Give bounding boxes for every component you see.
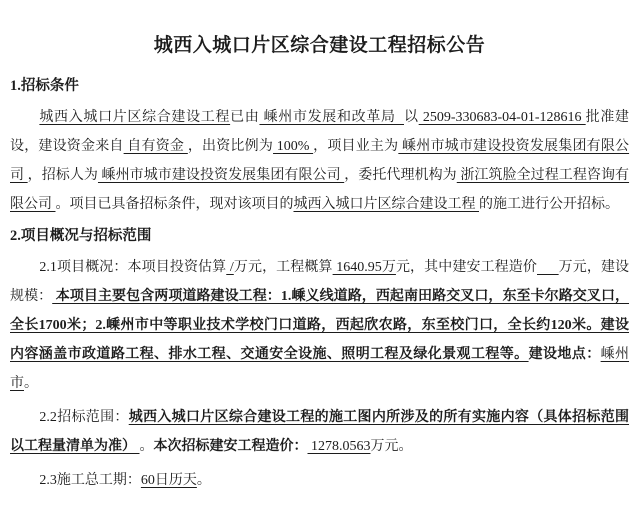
filled-blank-text: 嵊州市发展和改革局 — [259, 110, 404, 125]
text-segment: 2.1项目概况：本项目投资估算 — [39, 260, 226, 275]
text-segment: ，招标人为 — [28, 168, 98, 183]
page-title: 城西入城口片区综合建设工程招标公告 — [10, 30, 629, 57]
paragraph: 2.3施工总工期：60日历天。 — [10, 466, 629, 495]
paragraph: 2.2招标范围：城西入城口片区综合建设工程的施工图内所涉及的所有实施内容（具体招… — [10, 403, 629, 461]
paragraph: 城西入城口片区综合建设工程已由 嵊州市发展和改革局 以 2509-330683-… — [10, 103, 629, 219]
text-segment: 。项目已具备招标条件，现对该项目的 — [56, 197, 294, 212]
text-segment: ，项目业主为 — [313, 139, 398, 154]
filled-blank-text: 1640.95万 — [333, 260, 396, 275]
document-body: 1.招标条件城西入城口片区综合建设工程已由 嵊州市发展和改革局 以 2509-3… — [10, 75, 629, 495]
text-segment: 。 — [140, 439, 154, 454]
filled-blank-text: 城西入城口片区综合建设工程 — [294, 197, 480, 212]
text-segment: ，出资比例为 — [188, 139, 273, 154]
filled-blank-text: 城西入城口片区综合建设工程 — [39, 110, 230, 125]
filled-blank-text: 1278.0563 — [308, 439, 371, 454]
text-segment: 的施工进行公开招标。 — [479, 197, 619, 212]
text-segment: 2.2招标范围： — [39, 410, 128, 425]
text-segment: 。 — [197, 473, 211, 488]
filled-blank-text: 100% — [273, 139, 313, 154]
text-segment: 本次招标建安工程造价： — [154, 439, 308, 454]
filled-blank-text: 2509-330683-04-01-128616 — [419, 110, 586, 125]
text-segment: 万元，工程概算 — [234, 260, 333, 275]
filled-blank-text: / — [226, 260, 234, 275]
text-segment: 2.3施工总工期： — [39, 473, 141, 488]
text-segment: ，委托代理机构为 — [344, 168, 457, 183]
text-segment: 以 — [404, 110, 419, 125]
filled-blank-text: 嵊州市城市建设投资发展集团有限公司 — [98, 168, 344, 183]
text-segment: 建设地点： — [529, 347, 601, 362]
paragraph: 2.1项目概况：本项目投资估算 /万元，工程概算 1640.95万元，其中建安工… — [10, 253, 629, 398]
filled-blank-text: 60日历天 — [141, 473, 197, 488]
tender-announcement-document: 城西入城口片区综合建设工程招标公告 1.招标条件城西入城口片区综合建设工程已由 … — [0, 0, 639, 506]
filled-blank-text: 自有资金 — [124, 139, 188, 154]
section-heading: 2.项目概况与招标范围 — [10, 225, 629, 247]
text-segment: 元，其中建安工程造价 — [396, 260, 537, 275]
text-segment: 万元。 — [371, 439, 413, 454]
filled-blank-text — [537, 260, 559, 275]
text-segment: 。 — [24, 376, 38, 391]
section-heading: 1.招标条件 — [10, 75, 629, 97]
text-segment: 已由 — [230, 110, 259, 125]
